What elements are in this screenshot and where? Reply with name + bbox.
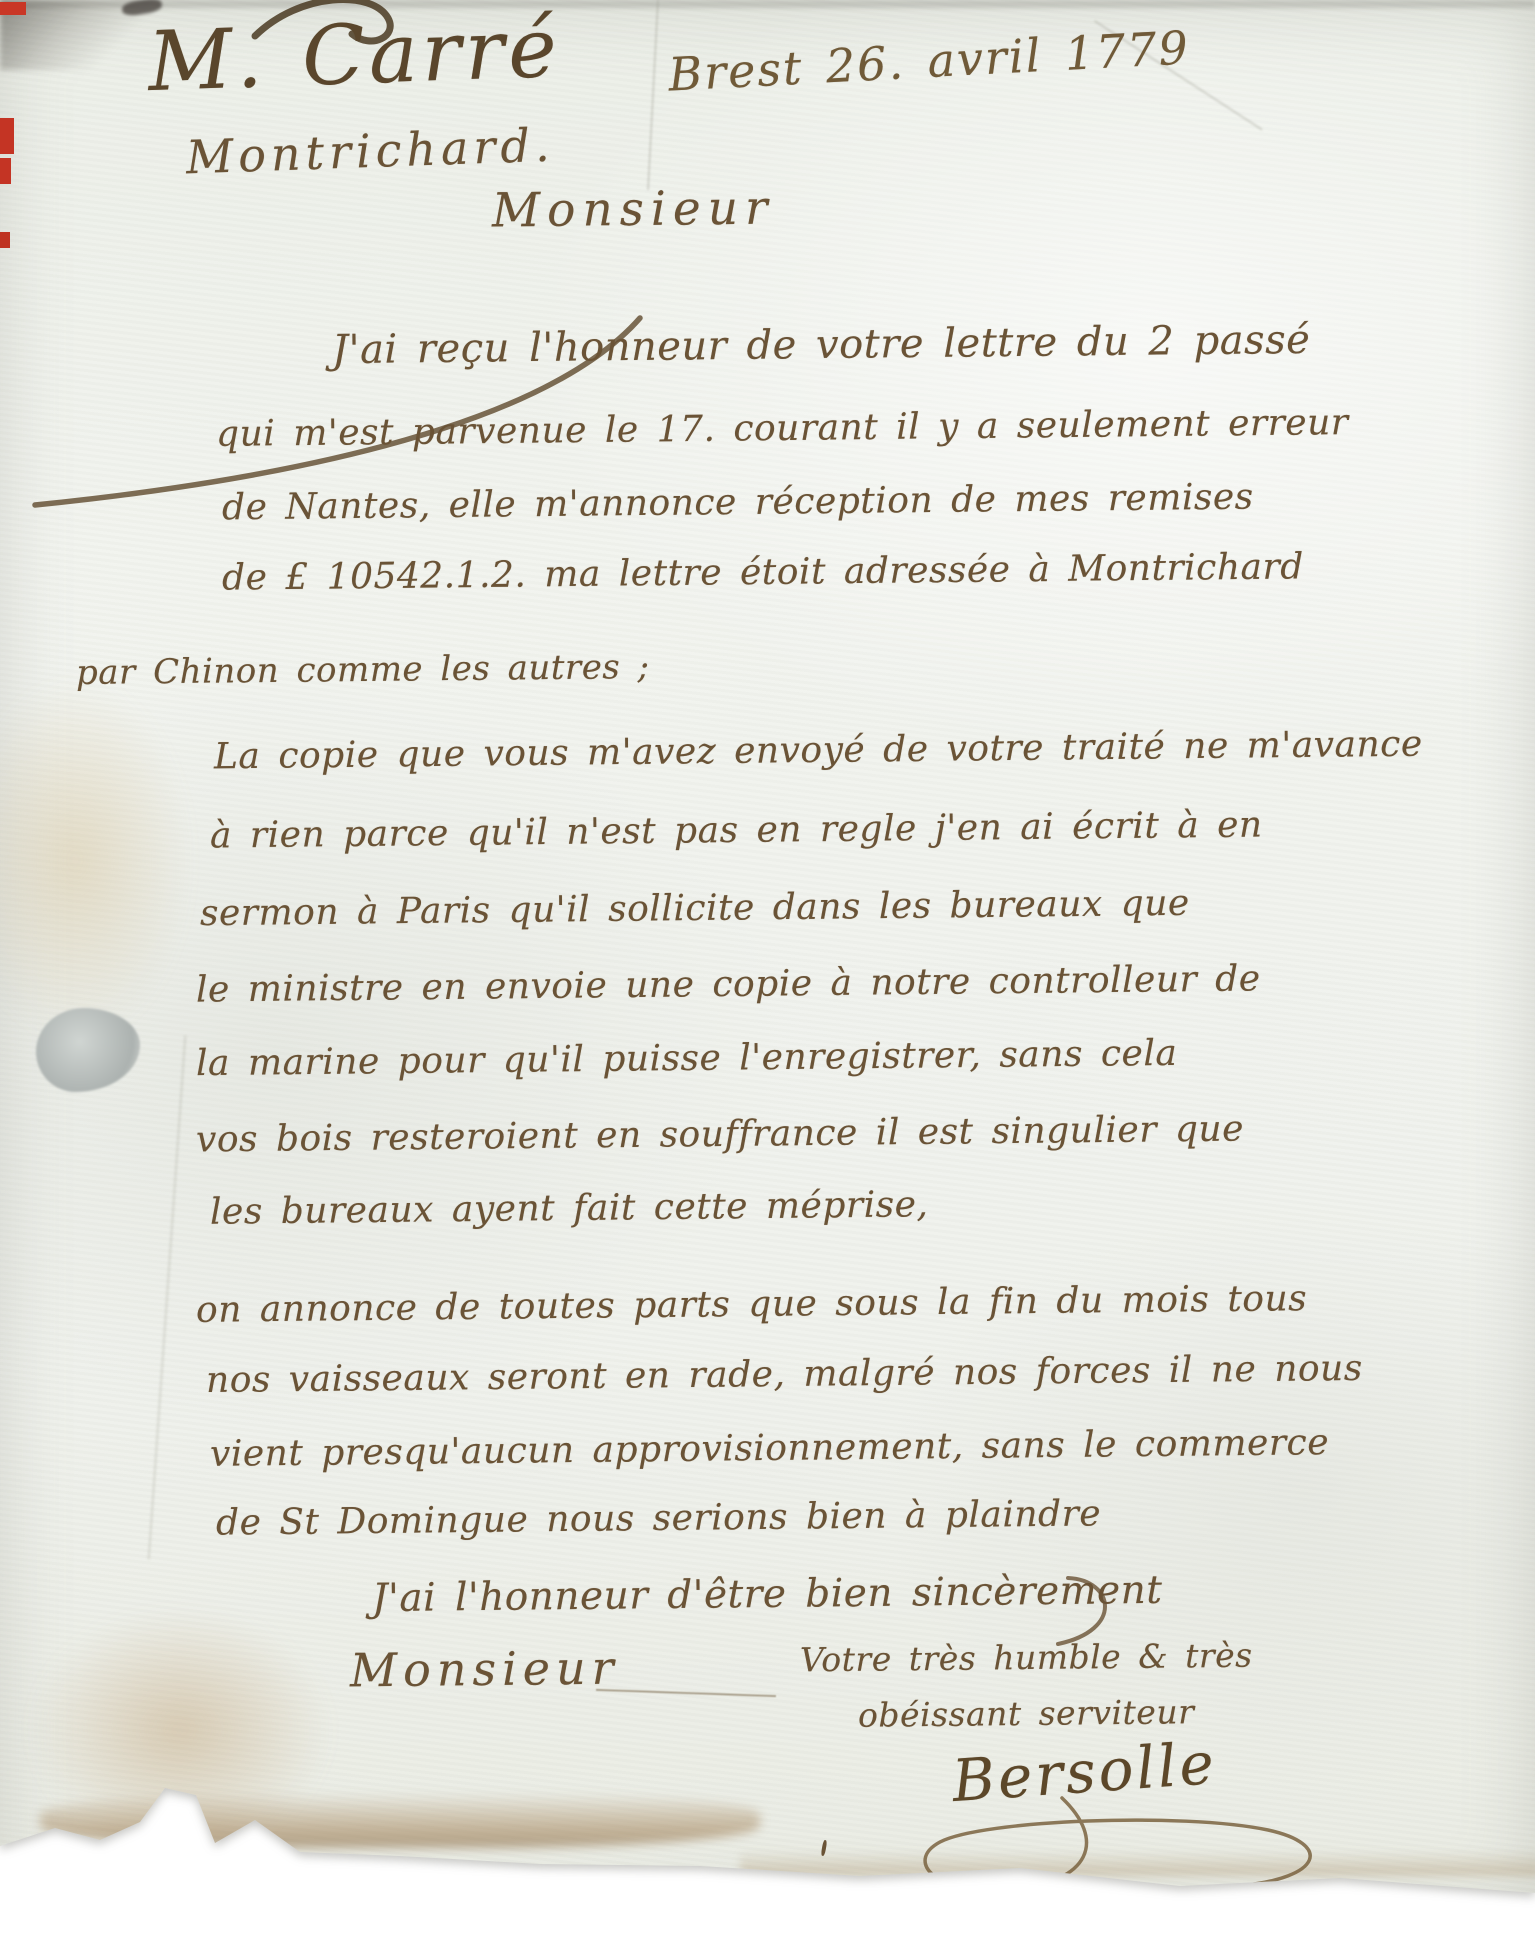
bottom-edge-browning: [740, 1850, 1535, 1876]
top-fold-crease: [647, 0, 659, 190]
left-edge-red-mark: [0, 158, 11, 184]
body-line: la marine pour qu'il puisse l'enregistre…: [196, 1033, 1178, 1084]
body-line: vient presqu'aucun approvisionnement, sa…: [210, 1422, 1329, 1475]
dateline: Brest 26. avril 1779: [667, 20, 1191, 101]
body-line: par Chinon comme les autres ;: [76, 647, 650, 693]
body-line: de £ 10542.1.2. ma lettre étoit adressée…: [222, 546, 1304, 598]
body-line: à rien parce qu'il n'est pas en regle j'…: [210, 804, 1263, 856]
left-edge-red-mark: [0, 232, 10, 248]
left-edge-red-mark: [0, 2, 26, 15]
closing-salutation: Monsieur: [350, 1641, 620, 1698]
left-edge-red-mark: [0, 118, 14, 154]
body-line: de St Domingue nous serions bien à plain…: [216, 1493, 1102, 1543]
salutation: Monsieur: [492, 181, 775, 239]
grey-wax-stain: [36, 1008, 140, 1092]
closing-line: J'ai l'honneur d'être bien sincèrement: [372, 1568, 1163, 1621]
ink-flourishes: [0, 0, 1535, 1912]
body-line: vos bois resteroient en souffrance il es…: [196, 1109, 1244, 1161]
body-line: le ministre en envoie une copie à notre …: [196, 958, 1261, 1010]
ink-tick-mark: [821, 1840, 828, 1856]
body-line: sermon à Paris qu'il sollicite dans les …: [200, 883, 1190, 934]
left-edge-yellow-stain: [0, 680, 190, 1040]
body-line: La copie que vous m'avez envoyé de votre…: [214, 724, 1423, 778]
body-line: les bureaux ayent fait cette méprise,: [210, 1184, 929, 1233]
closing-dash-stroke: [596, 1689, 776, 1697]
top-left-crease-shadow: [0, 0, 150, 70]
letter-paper: M. Carré Montrichard. Brest 26. avril 17…: [0, 0, 1535, 1912]
body-line: J'ai reçu l'honneur de votre lettre du 2…: [332, 317, 1311, 373]
recipient-name: M. Carré: [146, 1, 562, 110]
valediction-line: Votre très humble & très: [800, 1636, 1253, 1680]
signature: Bersolle: [950, 1729, 1219, 1815]
body-line: on annonce de toutes parts que sous la f…: [196, 1278, 1308, 1331]
scanned-letter-page: M. Carré Montrichard. Brest 26. avril 17…: [0, 0, 1535, 1940]
valediction-line: obéissant serviteur: [858, 1692, 1195, 1735]
paper-shadow-wrap: M. Carré Montrichard. Brest 26. avril 17…: [0, 0, 1535, 1940]
body-line: nos vaisseaux seront en rade, malgré nos…: [206, 1348, 1363, 1401]
bottom-left-stain: [30, 1610, 330, 1850]
body-line: de Nantes, elle m'annonce réception de m…: [222, 477, 1254, 529]
body-line: qui m'est parvenue le 17. courant il y a…: [216, 402, 1349, 455]
signature-paraph: [925, 1798, 1310, 1902]
recipient-place: Montrichard.: [185, 118, 555, 185]
torn-edge-browning: [40, 1792, 760, 1848]
bottom-left-crease: [148, 1036, 187, 1560]
top-edge-shadow: [0, 0, 1535, 8]
